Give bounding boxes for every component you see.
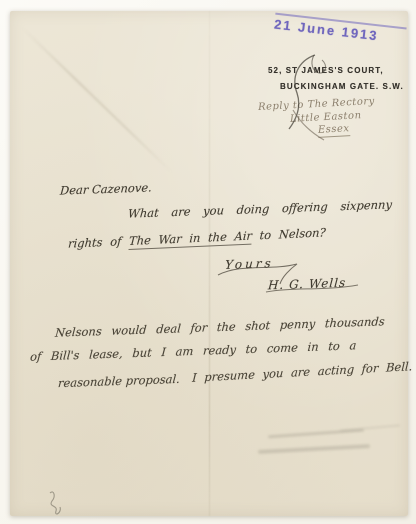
- letterhead-address-line2: BUCKINGHAM GATE. S.W.: [280, 82, 404, 91]
- body-line2-prefix: rights of: [68, 234, 130, 251]
- postscript-line3: reasonable proposal.: [58, 372, 181, 390]
- date-stamp: 21 June 1913: [273, 13, 406, 47]
- salutation: Dear Cazenove.: [60, 180, 153, 197]
- forwarding-note-line2: Little Easton: [290, 110, 362, 125]
- forwarding-note-line3: Essex: [318, 123, 350, 138]
- paper-fold-line: [209, 11, 210, 516]
- pencil-smudge: [258, 444, 370, 454]
- postscript-line1: Nelsons would deal for the shot penny th…: [55, 314, 386, 340]
- signature-hg-wells: H. G. Wells: [268, 276, 347, 293]
- pencil-smudge: [340, 424, 400, 431]
- body-line2: rights of The War in the Air to Nelson?: [68, 225, 326, 250]
- body-line2-suffix: to Nelson?: [252, 225, 327, 242]
- postscript-line2: of Bill's lease, but I am ready to come …: [30, 338, 357, 363]
- scanned-letter-background: 21 June 1913 52, ST JAMES'S COURT, BUCKI…: [0, 0, 416, 524]
- paper-crease: [21, 26, 173, 173]
- postscript-line4: I presume you are acting for Bell.: [192, 359, 413, 385]
- bottom-left-scribble: [50, 492, 60, 514]
- body-line1: What are you doing offering sixpenny: [128, 197, 393, 220]
- letter-page: 21 June 1913 52, ST JAMES'S COURT, BUCKI…: [10, 11, 408, 516]
- book-title-underlined: The War in the Air: [128, 229, 252, 250]
- closing-yours: Yours: [225, 256, 275, 272]
- letterhead-address-line1: 52, ST JAMES'S COURT,: [268, 66, 384, 75]
